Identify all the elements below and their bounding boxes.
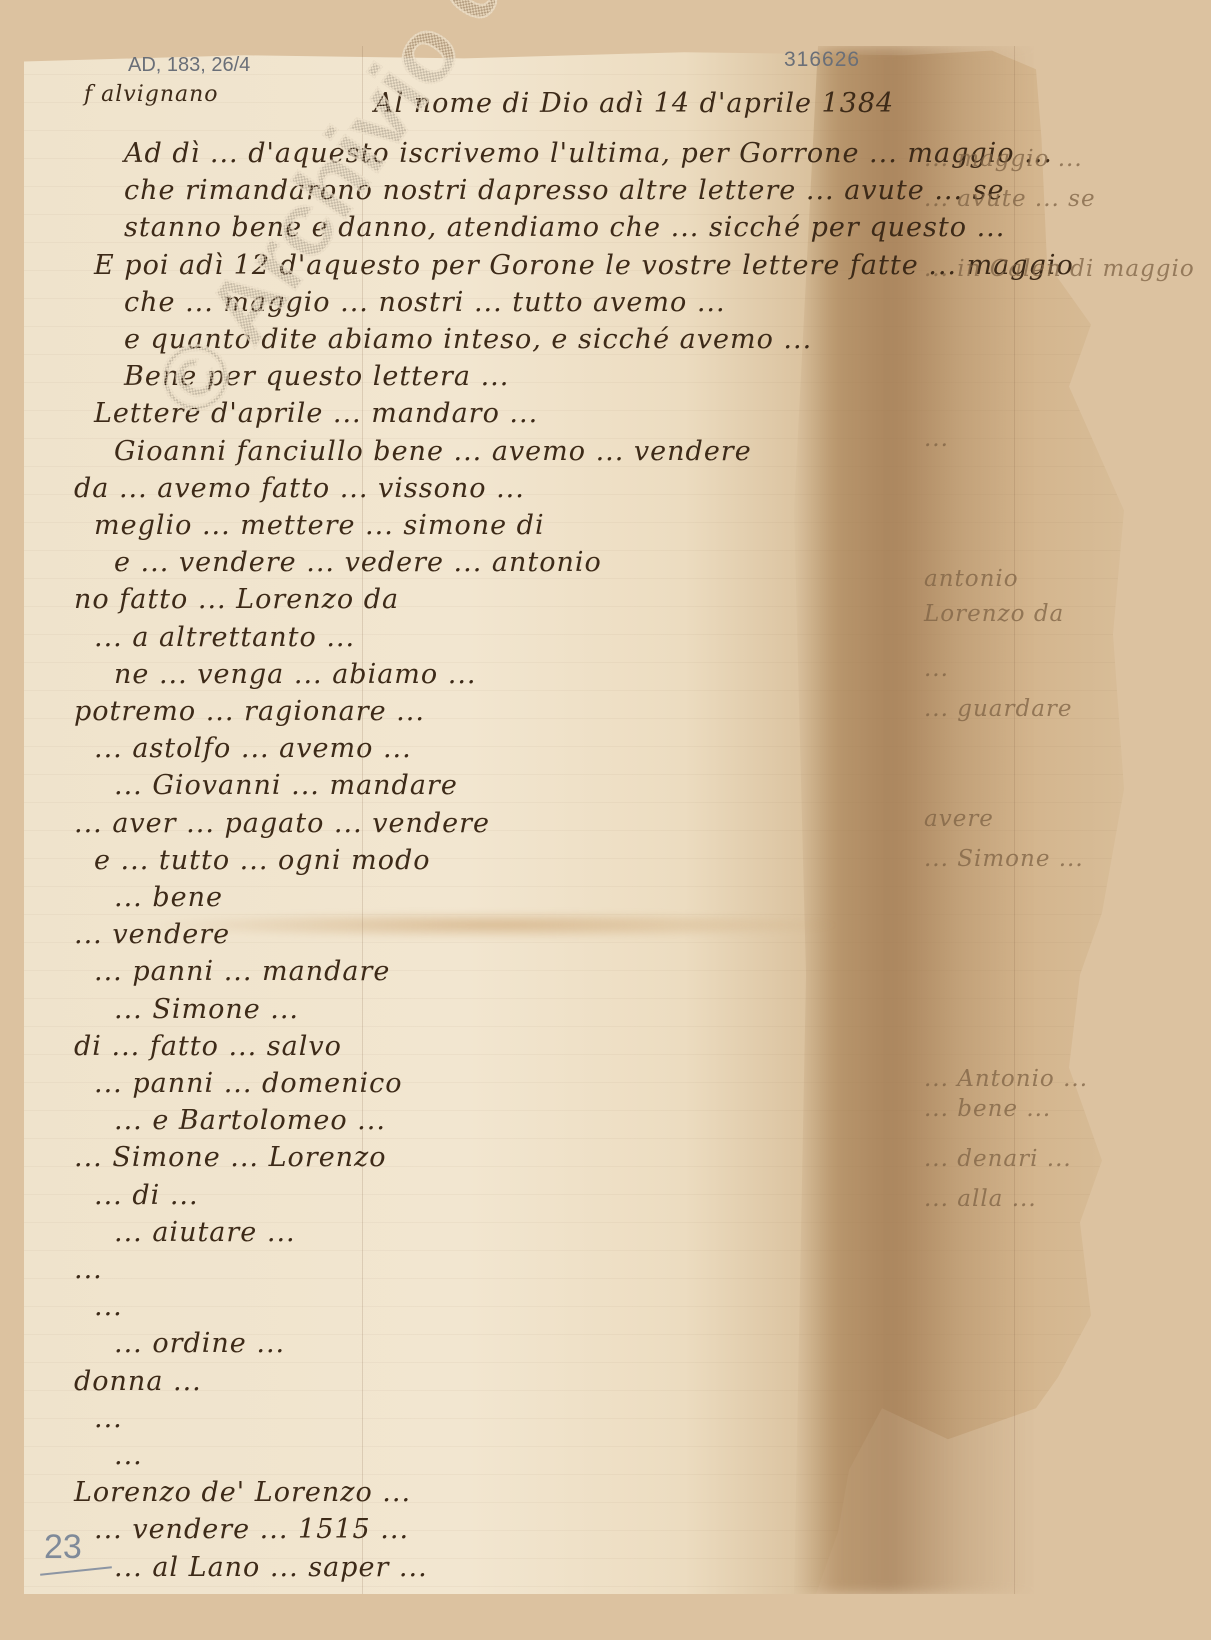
manuscript-line: ne ... venga ... abiamo ... (114, 659, 477, 690)
manuscript-line: ... di ... (94, 1180, 199, 1211)
manuscript-line: Lorenzo de' Lorenzo ... (74, 1477, 411, 1508)
manuscript-line: ... (94, 1403, 123, 1434)
manuscript-line: no fatto ... Lorenzo da (74, 584, 399, 615)
manuscript-line: ... panni ... mandare (94, 956, 390, 987)
manuscript-line: ... bene (114, 882, 223, 913)
manuscript-line: ... a altrettanto ... (94, 622, 355, 653)
manuscript-line: ... e Bartolomeo ... (114, 1105, 386, 1136)
page-number: 23 (44, 1528, 82, 1567)
manuscript-line: Gioanni fanciullo bene ... avemo ... ven… (114, 436, 752, 467)
manuscript-line: ... Giovanni ... mandare (114, 770, 458, 801)
manuscript-line: ... (114, 1440, 143, 1471)
manuscript-line: ... (74, 1254, 103, 1285)
manuscript-line: da ... avemo fatto ... vissono ... (74, 473, 525, 504)
manuscript-line: Ad dì ... d'aquesto iscrivemo l'ultima, … (124, 138, 1053, 169)
manuscript-line: meglio ... mettere ... simone di (94, 510, 545, 541)
manuscript-line: potremo ... ragionare ... (74, 696, 425, 727)
margin-note: ... maggio ... (924, 146, 1083, 172)
margin-note: avere (924, 806, 994, 832)
archive-reference: AD, 183, 26/4 (128, 54, 250, 77)
manuscript-line: ... aver ... pagato ... vendere (74, 808, 490, 839)
margin-note: antonio (924, 566, 1019, 592)
manuscript-line: ... ordine ... (114, 1328, 285, 1359)
margin-note: ... Simone ... (924, 846, 1084, 872)
manuscript-line: Lettere d'aprile ... mandaro ... (94, 398, 538, 429)
margin-note: ... (924, 426, 949, 452)
manuscript-line: ... al Lano ... saper ... (114, 1552, 428, 1583)
manuscript-line: ... panni ... domenico (94, 1068, 403, 1099)
inventory-number: 316626 (784, 48, 860, 72)
manuscript-line: ... vendere (74, 919, 230, 950)
margin-note: ... avute ... se (924, 186, 1096, 212)
manuscript-line: ... vendere ... 1515 ... (94, 1514, 409, 1545)
manuscript-line: donna ... (74, 1366, 202, 1397)
margin-note: ... in Calen di maggio (924, 256, 1195, 282)
margin-note: ... guardare (924, 696, 1073, 722)
margin-note: Lorenzo da (924, 601, 1064, 627)
header-left-note: f alvignano (84, 82, 219, 107)
manuscript-line: e ... vendere ... vedere ... antonio (114, 547, 602, 578)
margin-note: ... denari ... (924, 1146, 1072, 1172)
manuscript-line: ... astolfo ... avemo ... (94, 733, 412, 764)
margin-note: ... alla ... (924, 1186, 1037, 1212)
margin-note: ... Antonio ... (924, 1066, 1088, 1092)
margin-note: ... bene ... (924, 1096, 1051, 1122)
manuscript-line: ... (94, 1291, 123, 1322)
manuscript-line: ... aiutare ... (114, 1217, 296, 1248)
horizontal-stain (144, 911, 844, 939)
manuscript-line: e ... tutto ... ogni modo (94, 845, 431, 876)
margin-note: ... (924, 656, 949, 682)
manuscript-sheet: AD, 183, 26/4 316626 f alvignano Al nome… (24, 46, 1172, 1594)
manuscript-line: di ... fatto ... salvo (74, 1031, 342, 1062)
manuscript-line: ... Simone ... Lorenzo (74, 1142, 387, 1173)
manuscript-line: ... Simone ... (114, 994, 299, 1025)
